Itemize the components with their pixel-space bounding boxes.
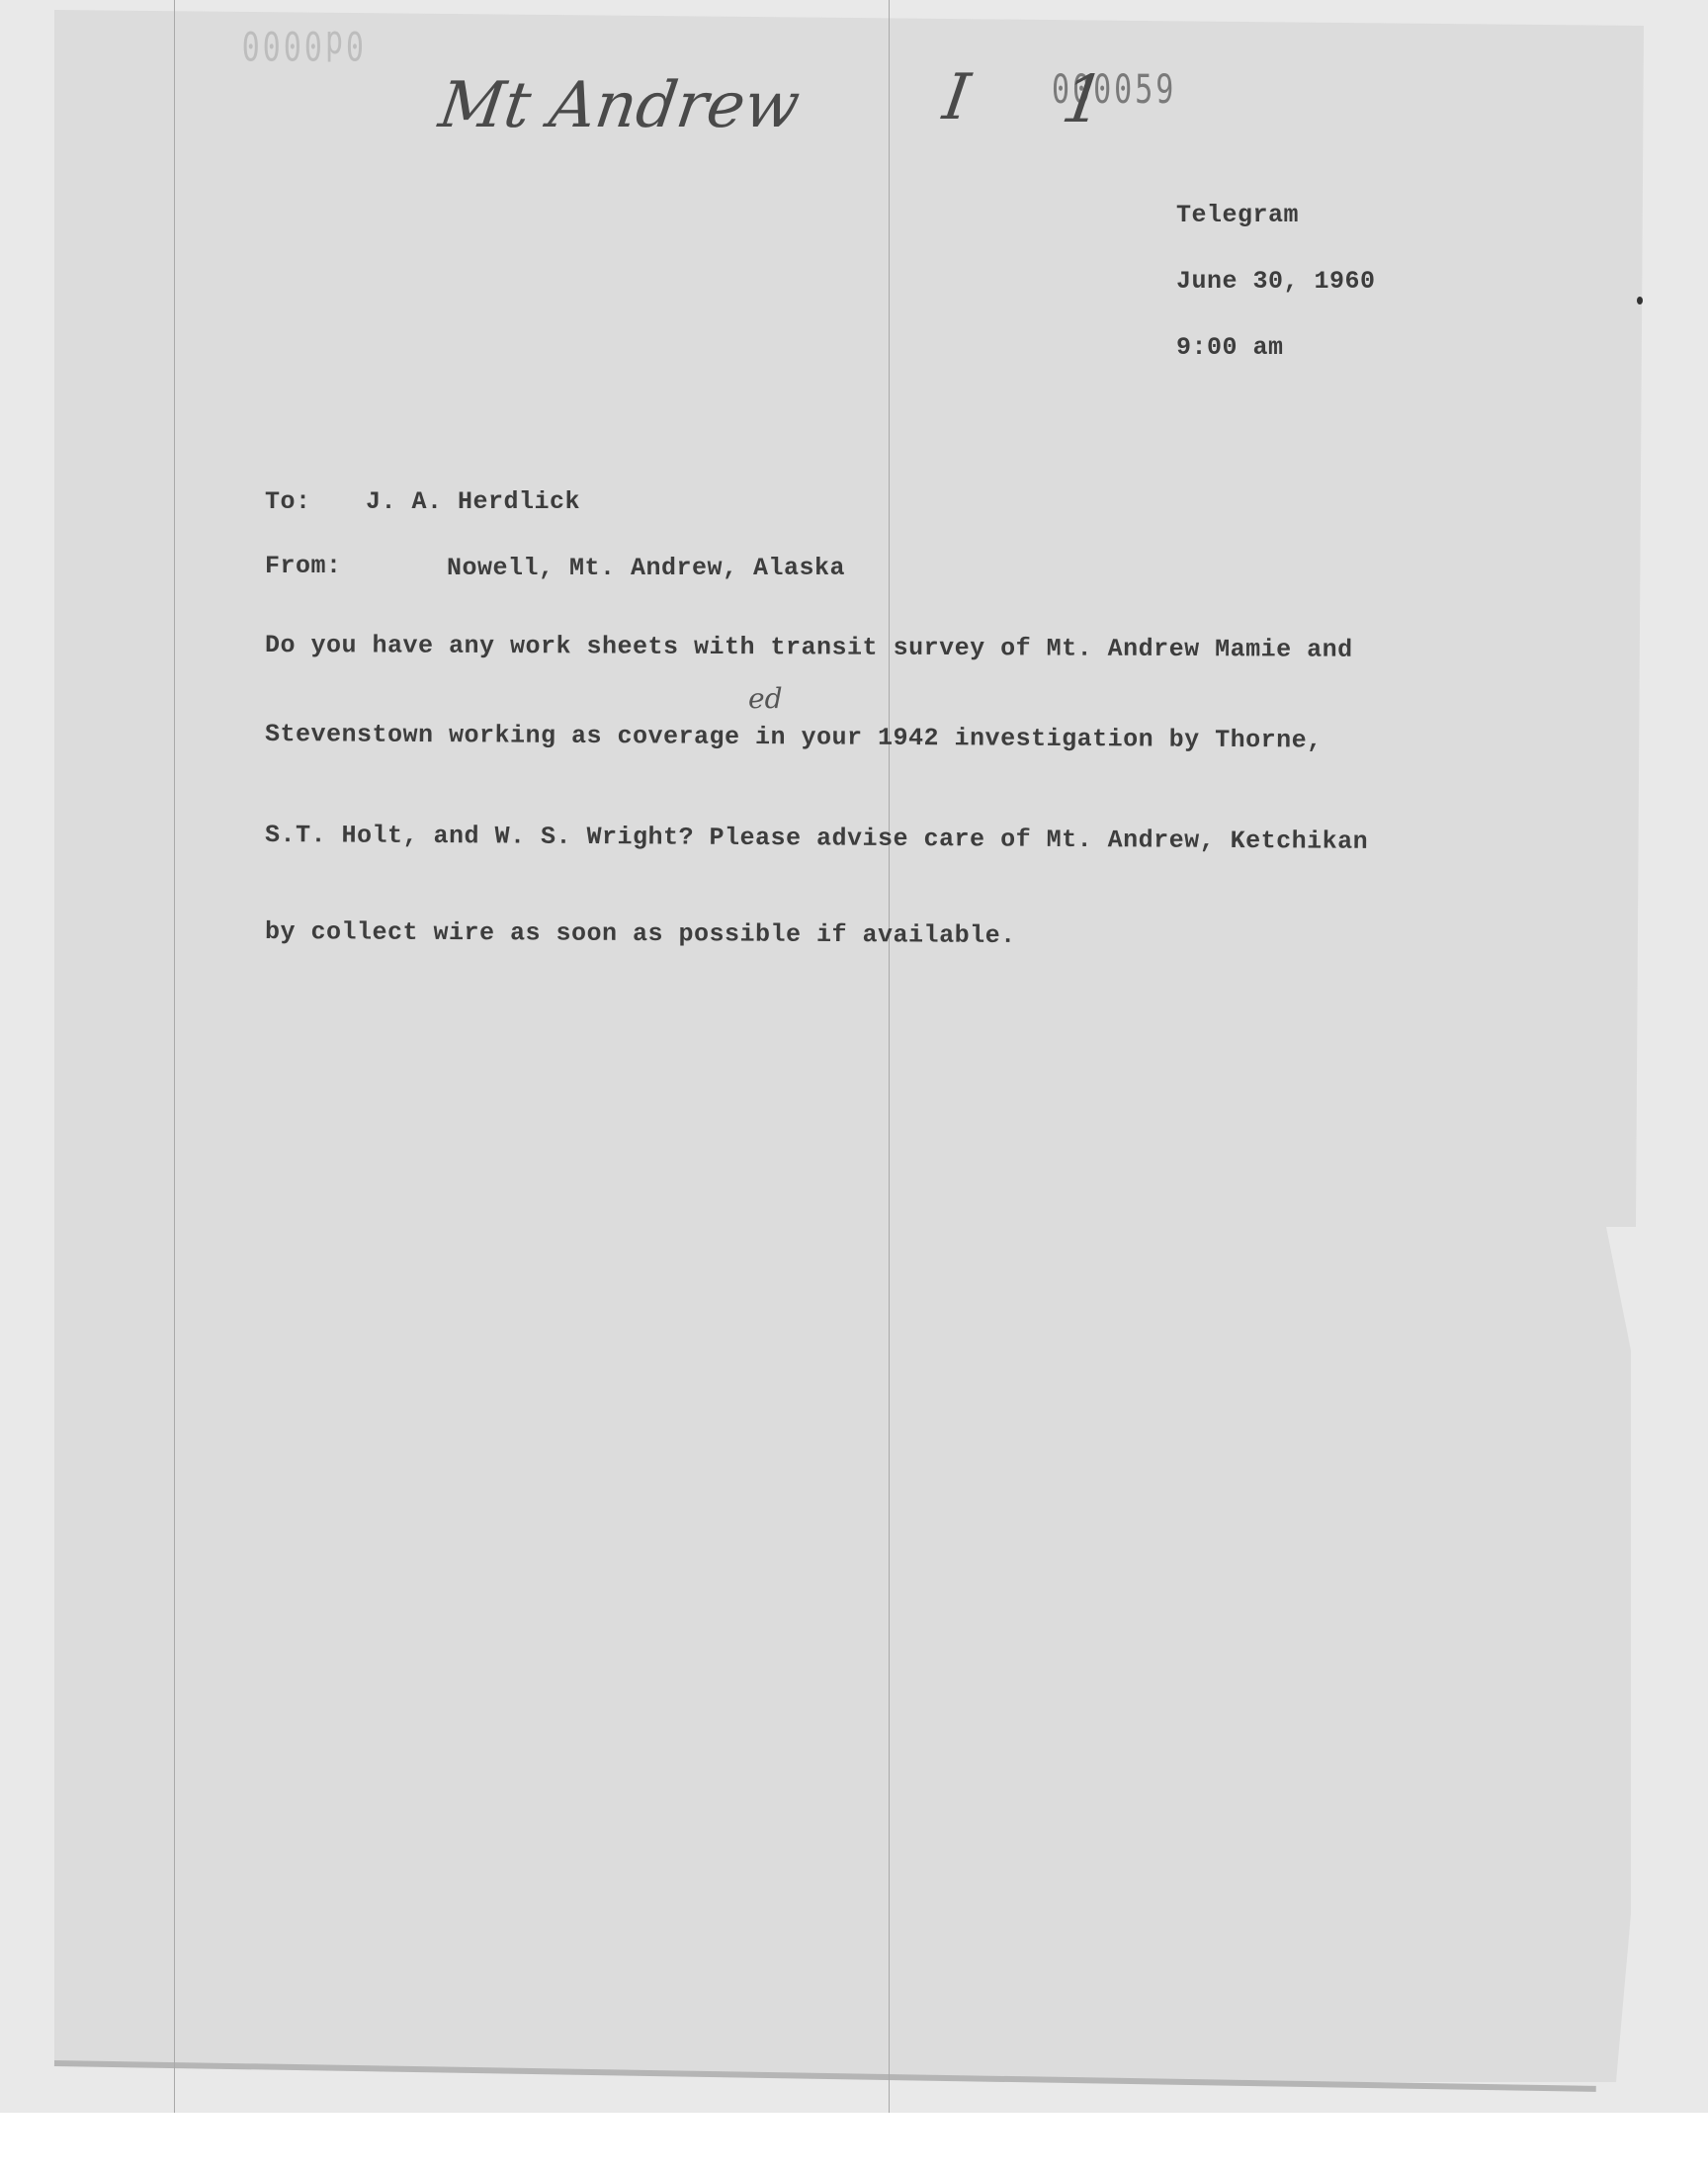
ghost-stamp-number: 0d0000 [239,22,364,67]
scanner-line-left [174,0,175,2113]
handwritten-title: Mt Andrew [435,69,805,142]
document-type-label: Telegram [1176,201,1299,229]
from-label: From: [265,552,342,580]
document-time: 9:00 am [1176,333,1284,362]
body-line-1: Do you have any work sheets with transit… [265,631,1353,664]
ink-speck [1637,297,1643,304]
to-value: J. A. Herdlick [366,487,580,516]
scanner-line-center [889,0,890,2113]
document-date: June 30, 1960 [1176,267,1376,296]
handwritten-inline-correction: ed [748,682,783,715]
telegram-page [54,6,1644,2082]
body-line-4: by collect wire as soon as possible if a… [265,917,1016,950]
from-value: Nowell, Mt. Andrew, Alaska [447,554,845,582]
to-label: To: [265,487,311,516]
